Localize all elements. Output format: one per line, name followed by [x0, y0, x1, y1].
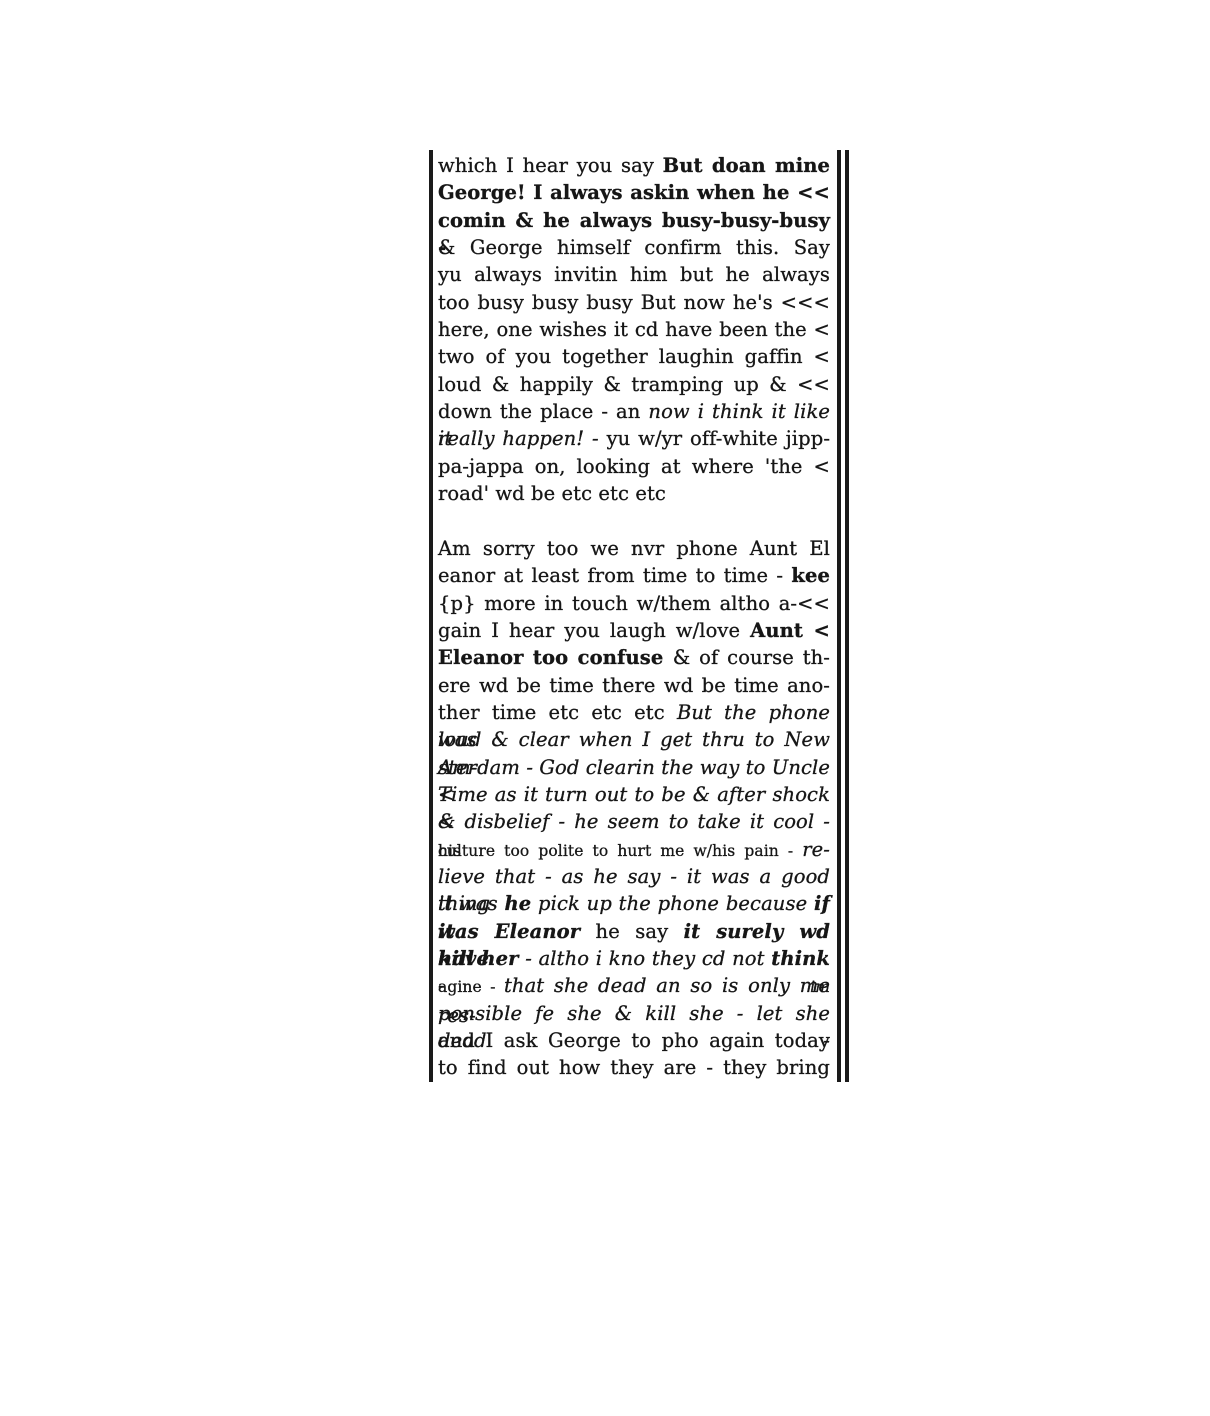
text-run: George! I always askin when he <<	[438, 181, 830, 204]
text-run: kill her	[438, 947, 519, 970]
text-line: here, one wishes it cd have been the <	[438, 316, 830, 343]
text-run: & disbelief - he seem to take it cool -	[438, 810, 830, 833]
text-line: kill her - altho i kno they cd not think…	[438, 945, 830, 972]
scanned-page: which I hear you say But doan mineGeorge…	[0, 0, 1210, 1416]
text-run: - altho i kno they cd not	[519, 947, 772, 970]
text-run: pa-jappa on, looking at where 'the <	[438, 455, 830, 478]
text-line: loud & happily & tramping up & <<	[438, 371, 830, 398]
text-run: agine -	[438, 978, 504, 996]
text-line: Eleanor too confuse & of course th-	[438, 644, 830, 671]
text-line: loud & clear when I get thru to New Am-	[438, 726, 830, 753]
text-run: gain I hear you laugh w/love	[438, 619, 750, 642]
text-line: & George himself confirm this. Say	[438, 234, 830, 261]
text-run: he say	[580, 920, 683, 943]
text-line: was Eleanor he say it surely wd have	[438, 918, 830, 945]
text-line: too busy busy busy But now he's <<<	[438, 289, 830, 316]
text-run: ere wd be time there wd be time ano-	[438, 674, 830, 697]
text-line: which I hear you say But doan mine	[438, 152, 830, 179]
text-run: But doan mine	[663, 154, 830, 177]
text-run: yu w/yr off-white jipp-	[607, 427, 830, 450]
text-run: yu always invitin him but he always	[438, 263, 830, 286]
text-line: down the place - an now i think it like …	[438, 398, 830, 425]
text-line: pa-jappa on, looking at where 'the <	[438, 453, 830, 480]
text-run: two of you together laughin gaffin <	[438, 345, 830, 368]
text-run: here, one wishes it cd have been the <	[438, 318, 830, 341]
text-run: too busy busy busy But now he's <<<	[438, 291, 830, 314]
text-line: comin & he always busy-busy-busy -	[438, 207, 830, 234]
text-line: ther time etc etc etc But the phone was	[438, 699, 830, 726]
text-run: really happen! -	[438, 427, 607, 450]
text-run: {p} more in touch w/them altho a-<<	[438, 592, 830, 615]
text-run: Eleanor too confuse	[438, 646, 673, 669]
text-run: Am sorry too we nvr phone Aunt El	[438, 537, 830, 560]
text-line: to find out how they are - they bring	[438, 1054, 830, 1081]
text-line: & disbelief - he seem to take it cool - …	[438, 808, 830, 835]
text-line: George! I always askin when he <<	[438, 179, 830, 206]
text-line: Am sorry too we nvr phone Aunt El	[438, 535, 830, 562]
text-line: gain I hear you laugh w/love Aunt <	[438, 617, 830, 644]
text-line: {p} more in touch w/them altho a-<<	[438, 590, 830, 617]
text-run: down the place - an	[438, 400, 648, 423]
paragraph: Am sorry too we nvr phone Aunt Eleanor a…	[438, 535, 830, 1082]
text-run: which I hear you say	[438, 154, 663, 177]
text-line: ere wd be time there wd be time ano-	[438, 672, 830, 699]
text-run: think	[771, 947, 830, 970]
text-line: road' wd be etc etc etc	[438, 480, 830, 507]
text-run: re-	[802, 838, 830, 861]
text-line: culture too polite to hurt me w/his pain…	[438, 836, 830, 863]
text-run: road' wd be etc etc etc	[438, 482, 666, 505]
text-run: it was	[438, 892, 504, 915]
text-run: & George himself confirm this. Say	[438, 236, 830, 259]
text-line: it was he pick up the phone because if i…	[438, 890, 830, 917]
text-line: eanor at least from time to time - kee	[438, 562, 830, 589]
text-line: lieve that - as he say - it was a good t…	[438, 863, 830, 890]
text-line: sterdam - God clearin the way to Uncle <	[438, 754, 830, 781]
text-run: was Eleanor	[438, 920, 580, 943]
text-run: ther time etc etc etc	[438, 701, 677, 724]
paragraph: which I hear you say But doan mineGeorge…	[438, 152, 830, 507]
text-line: really happen! - yu w/yr off-white jipp-	[438, 425, 830, 452]
text-run: loud & happily & tramping up & <<	[438, 373, 830, 396]
scanned-text-column: which I hear you say But doan mineGeorge…	[429, 150, 849, 1082]
text-run: culture too polite to hurt me w/his pain…	[438, 842, 802, 860]
text-line: ponsible fe she & kill she - let she dea…	[438, 1000, 830, 1027]
text-run: he	[504, 892, 531, 915]
text-run: & of course th-	[673, 646, 830, 669]
text-line: yu always invitin him but he always	[438, 261, 830, 288]
text-run: and I ask George to pho again today	[438, 1029, 830, 1052]
text-line: and I ask George to pho again today	[438, 1027, 830, 1054]
text-run: kee	[791, 564, 830, 587]
text-line: agine - that she dead an so is only me r…	[438, 972, 830, 999]
text-line: two of you together laughin gaffin <	[438, 343, 830, 370]
text-run: Aunt <	[750, 619, 830, 642]
text-run: to find out how they are - they bring	[438, 1056, 830, 1079]
text-run: pick up the phone because	[531, 892, 814, 915]
text-line: Time as it turn out to be & after shock …	[438, 781, 830, 808]
text-run: eanor at least from time to time -	[438, 564, 791, 587]
